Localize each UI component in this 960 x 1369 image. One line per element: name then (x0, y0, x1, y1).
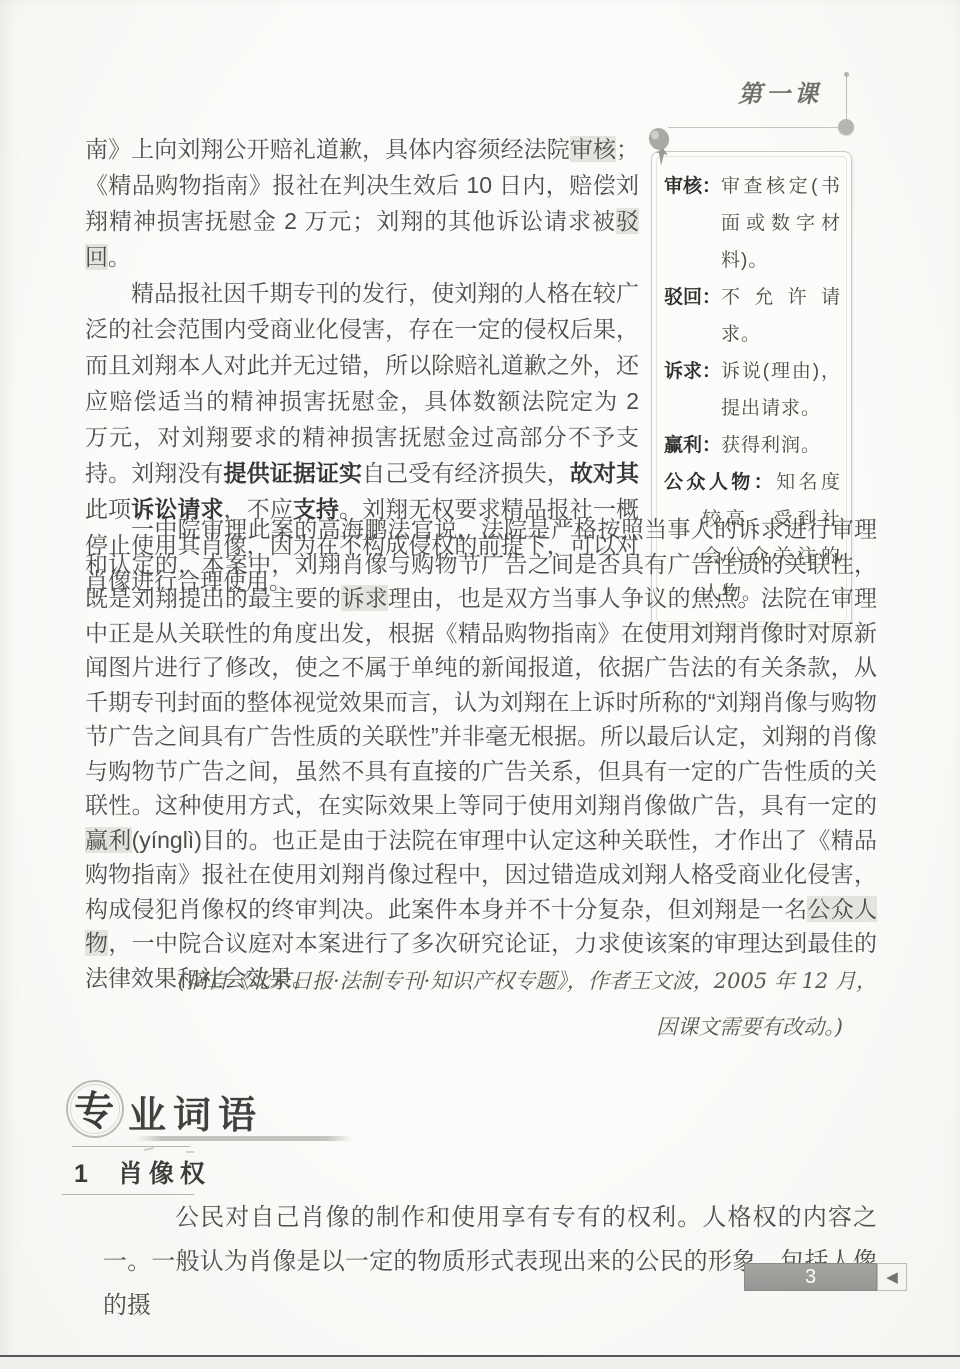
page-number-badge: 3 (744, 1263, 877, 1291)
scan-mark (186, 1151, 194, 1153)
page-nav-arrow-icon: ◀ (877, 1263, 907, 1291)
section-logo-circle-icon: 专 (66, 1080, 124, 1138)
lesson-title: 第一课 (738, 74, 822, 109)
term-heading: 1肖像权 (74, 1154, 211, 1190)
vocab-term: 赢利： (664, 427, 721, 464)
citation-line-2: 因课文需要有改动。) (85, 1004, 877, 1050)
vocab-definition: 诉说(理由)，提出请求。 (721, 353, 841, 427)
pin-circle-icon (838, 119, 854, 135)
pushpin-icon (642, 126, 682, 172)
vocab-definition: 审查核定(书面或数字材料)。 (721, 168, 841, 279)
vocab-entry-bohui: 驳回： 不允许请求。 (664, 279, 841, 353)
paragraph-continuation: 南》上向刘翔公开赔礼道歉，具体内容须经法院审核；《精品购物指南》报社在判决生效后… (85, 131, 639, 275)
term-rule-bottom (62, 1194, 194, 1195)
vocab-definition: 获得利润。 (721, 427, 841, 464)
section-title-shadow (136, 1136, 352, 1141)
term-title: 肖像权 (118, 1160, 211, 1188)
vocab-entry-suqiu: 诉求： 诉说(理由)，提出请求。 (664, 353, 841, 427)
scanned-book-page: 第一课 南》上向刘翔公开赔礼道歉，具体内容须经法院审核；《精品购物指南》报社在判… (0, 0, 960, 1369)
scan-margin (0, 1357, 960, 1369)
vocab-term: 诉求： (664, 353, 721, 427)
vocab-definition: 不允许请求。 (721, 279, 841, 353)
lesson-rule-line (668, 127, 840, 128)
pin-dot-decoration (844, 72, 849, 77)
paragraph-3: 一中院审理此案的高海鹏法官说，法院是严格按照当事人的诉求进行审理和认定的，本案中… (85, 512, 877, 995)
term-rule-top (72, 1146, 190, 1147)
vocab-entry-yingli: 赢利： 获得利润。 (664, 427, 841, 464)
pin-stem-decoration (846, 74, 847, 122)
vocab-term: 公众人物： (664, 472, 776, 493)
vocab-term: 驳回： (664, 279, 721, 353)
lesson-header: 第一课 (660, 72, 870, 132)
scan-mark (144, 1147, 154, 1151)
citation-line-1: (摘自《北京日报·法制专刊·知识产权专题》，作者王文波，2005 年 12 月， (85, 958, 877, 1004)
term-definition: 公民对自己肖像的制作和使用享有专有的权利。人格权的内容之一。一般认为肖像是以一定… (103, 1196, 877, 1328)
vocab-term: 审核： (664, 168, 721, 279)
vocab-entry-shenhe: 审核： 审查核定(书面或数字材料)。 (664, 168, 841, 279)
section-logo-char: 专 (74, 1079, 114, 1136)
term-number: 1 (74, 1160, 88, 1189)
section-title: 业词语 (128, 1084, 263, 1139)
source-citation: (摘自《北京日报·法制专刊·知识产权专题》，作者王文波，2005 年 12 月，… (85, 958, 877, 1050)
